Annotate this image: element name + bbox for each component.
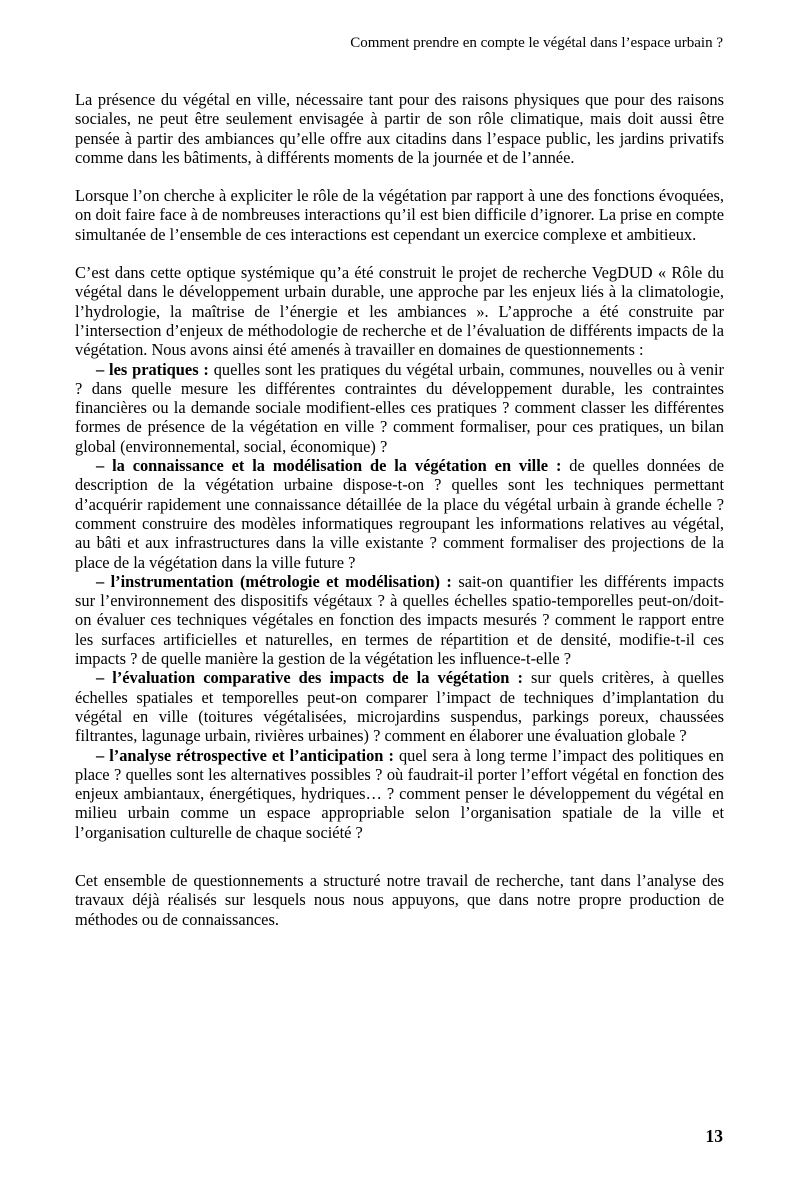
paragraph-closing: Cet ensemble de questionnements a struct… xyxy=(75,871,724,929)
document-page: Comment prendre en compte le végétal dan… xyxy=(0,0,800,1200)
running-header: Comment prendre en compte le végétal dan… xyxy=(75,34,723,52)
bullet-item-instrumentation: – l’instrumentation (métrologie et modél… xyxy=(75,572,724,668)
bullet-lead: – l’analyse rétrospective et l’anticipat… xyxy=(96,746,394,765)
bullet-lead: – l’instrumentation (métrologie et modél… xyxy=(96,572,452,591)
page-number: 13 xyxy=(706,1126,724,1147)
paragraph-vegdud-project: C’est dans cette optique systémique qu’a… xyxy=(75,263,724,359)
bullet-lead: – les pratiques : xyxy=(96,360,209,379)
bullet-item-pratiques: – les pratiques : quelles sont les prati… xyxy=(75,360,724,456)
paragraph-interactions: Lorsque l’on cherche à expliciter le rôl… xyxy=(75,186,724,244)
bullet-lead: – l’évaluation comparative des impacts d… xyxy=(96,668,523,687)
paragraph-intro-presence: La présence du végétal en ville, nécessa… xyxy=(75,90,724,167)
bullet-item-connaissance-modelisation: – la connaissance et la modélisation de … xyxy=(75,456,724,572)
page-body: La présence du végétal en ville, nécessa… xyxy=(75,90,724,929)
bullet-lead: – la connaissance et la modélisation de … xyxy=(96,456,561,475)
bullet-item-analyse-retrospective: – l’analyse rétrospective et l’anticipat… xyxy=(75,746,724,842)
bullet-item-evaluation-comparative: – l’évaluation comparative des impacts d… xyxy=(75,668,724,745)
